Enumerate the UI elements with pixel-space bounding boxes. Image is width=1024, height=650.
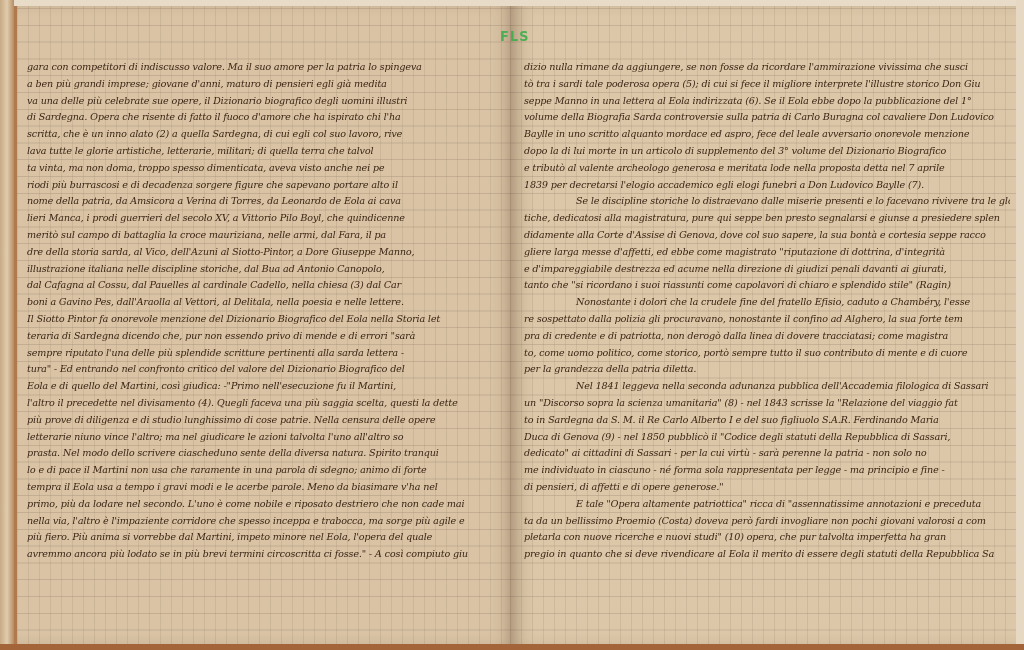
text-line: sempre riputato l'una delle più splendid… (27, 346, 509, 363)
text-line: riodi più burrascosi e di decadenza sorg… (27, 178, 509, 195)
text-line: lo e di pace il Martini non usa che rara… (27, 463, 509, 480)
text-line: dizio nulla rimane da aggiungere, se non… (524, 60, 1010, 77)
text-line: ta da un bellissimo Proemio (Costa) dove… (524, 514, 1010, 531)
text-line: to, come uomo politico, come storico, po… (524, 346, 1010, 363)
text-line: primo, più da lodare nel secondo. L'uno … (27, 497, 509, 514)
notebook-spread: gara con competitori di indiscusso valor… (0, 0, 1024, 650)
text-line: didamente alla Corte d'Assise di Genova,… (524, 228, 1010, 245)
text-line: letterarie niuno vince l'altro; ma nel g… (27, 430, 509, 447)
right-page-text: dizio nulla rimane da aggiungere, se non… (524, 60, 1010, 564)
text-line: dre della storia sarda, al Vico, dell'Az… (27, 245, 509, 262)
text-line: lieri Manca, i prodi guerrieri del secol… (27, 211, 509, 228)
text-line: teraria di Sardegna dicendo che, pur non… (27, 329, 509, 346)
text-line: boni a Gavino Pes, dall'Araolla al Vetto… (27, 295, 509, 312)
text-line: volume della Biografia Sarda controversi… (524, 110, 1010, 127)
cover-bottom-edge (0, 644, 1024, 650)
text-line: gara con competitori di indiscusso valor… (27, 60, 509, 77)
text-line: tempra il Eola usa a tempo i gravi modi … (27, 480, 509, 497)
text-line: dedicato" ai cittadini di Sassari - per … (524, 446, 1010, 463)
text-line: nella via, l'altro è l'impaziente corrid… (27, 514, 509, 531)
text-line: Il Siotto Pintor fa onorevole menzione d… (27, 312, 509, 329)
text-line: va una delle più celebrate sue opere, il… (27, 94, 509, 111)
page-stack-right-edge (1016, 0, 1024, 650)
text-line: dal Cafagna al Cossu, dal Pauelles al ca… (27, 278, 509, 295)
text-line: tiche, dedicatosi alla magistratura, pur… (524, 211, 1010, 228)
text-line: di pensieri, di affetti e di opere gener… (524, 480, 1010, 497)
text-line: nome della patria, da Amsicora a Verina … (27, 194, 509, 211)
right-page: dizio nulla rimane da aggiungere, se non… (510, 6, 1016, 644)
text-line: pletarla con nuove ricerche e nuovi stud… (524, 530, 1010, 547)
text-line: illustrazione italiana nelle discipline … (27, 262, 509, 279)
text-line: dopo la di lui morte in un articolo di s… (524, 144, 1010, 161)
paragraph-start-line: E tale "Opera altamente patriottica" ric… (524, 497, 1010, 514)
text-line: Baylle in uno scritto alquanto mordace e… (524, 127, 1010, 144)
text-line: 1839 per decretarsi l'elogio accademico … (524, 178, 1010, 195)
left-page-text: gara con competitori di indiscusso valor… (27, 60, 509, 564)
text-line: l'altro il precedette nel divisamento (4… (27, 396, 509, 413)
text-line: un "Discorso sopra la scienza umanitaria… (524, 396, 1010, 413)
text-line: me individuato in ciascuno - né forma so… (524, 463, 1010, 480)
text-line: per la grandezza della patria diletta. (524, 362, 1010, 379)
text-line: meritò sul campo di battaglia la croce m… (27, 228, 509, 245)
text-line: tura" - Ed entrando nel confronto critic… (27, 362, 509, 379)
text-line: più prove di diligenza e di studio lungh… (27, 413, 509, 430)
paragraph-start-line: Nel 1841 leggeva nella seconda adunanza … (524, 379, 1010, 396)
text-line: ta vinta, ma non doma, troppo spesso dim… (27, 161, 509, 178)
text-line: a ben più grandi imprese; giovane d'anni… (27, 77, 509, 94)
text-line: e d'impareggiabile destrezza ed acume ne… (524, 262, 1010, 279)
text-line: gliere larga messe d'affetti, ed ebbe co… (524, 245, 1010, 262)
fls-stamp: FLS (500, 30, 530, 45)
text-line: to in Sardegna da S. M. il Re Carlo Albe… (524, 413, 1010, 430)
text-line: pra di credente e di patriotta, non dero… (524, 329, 1010, 346)
text-line: lava tutte le glorie artistiche, lettera… (27, 144, 509, 161)
paragraph-start-line: Nonostante i dolori che la crudele fine … (524, 295, 1010, 312)
text-line: scritta, che è un inno alato (2) a quell… (27, 127, 509, 144)
text-line: seppe Manno in una lettera al Eola indir… (524, 94, 1010, 111)
text-line: pregio in quanto che si deve rivendicare… (524, 547, 1010, 564)
text-line: tò tra i sardi tale poderosa opera (5); … (524, 77, 1010, 94)
text-line: avremmo ancora più lodato se in più brev… (27, 547, 509, 564)
text-line: prasta. Nel modo dello scrivere ciasched… (27, 446, 509, 463)
text-line: più fiero. Più anima si vorrebbe dal Mar… (27, 530, 509, 547)
paragraph-start-line: Se le discipline storiche lo distraevano… (524, 194, 1010, 211)
text-line: Eola e di quello del Martini, così giudi… (27, 379, 509, 396)
text-line: Duca di Genova (9) - nel 1850 pubblicò i… (524, 430, 1010, 447)
text-line: di Sardegna. Opera che risente di fatto … (27, 110, 509, 127)
text-line: re sospettato dalla polizia gli procurav… (524, 312, 1010, 329)
page-stack-left-edge (0, 0, 14, 650)
text-line: tanto che "si ricordano i suoi riassunti… (524, 278, 1010, 295)
text-line: e tributò al valente archeologo generosa… (524, 161, 1010, 178)
left-page: gara con competitori di indiscusso valor… (14, 6, 513, 644)
